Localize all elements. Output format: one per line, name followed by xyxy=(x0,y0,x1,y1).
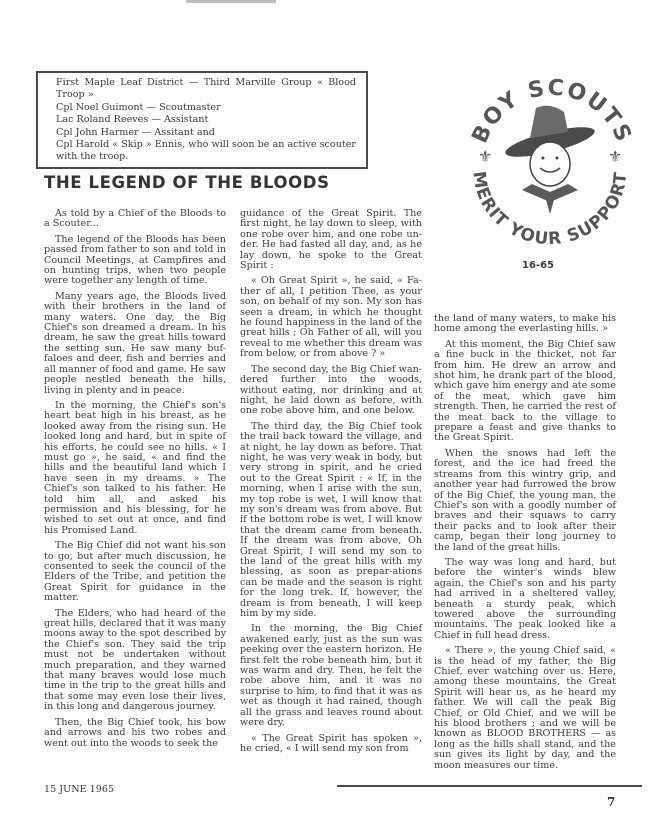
article-title: THE LEGEND OF THE BLOODS xyxy=(44,173,330,192)
paragraph: At this moment, the Big Chief saw a fine… xyxy=(434,340,616,444)
paragraph: The third day, the Big Chief took the tr… xyxy=(240,422,422,620)
roster-line: First Maple Leaf District — Third Marvil… xyxy=(56,77,356,102)
paragraph: The legend of the Bloods has been passed… xyxy=(44,235,226,287)
roster-line: Cpl Noel Guimont — Scoutmaster xyxy=(56,102,356,114)
paragraph: the land of many waters, to make his hom… xyxy=(434,314,616,335)
article-column-1: As told by a Chief of the Bloods to a Sc… xyxy=(44,209,226,754)
paragraph: « There », the young Chief said, « is th… xyxy=(434,646,616,771)
troop-roster-box: First Maple Leaf District — Third Marvil… xyxy=(36,71,368,169)
paragraph: Many years ago, the Bloods lived with th… xyxy=(44,292,226,396)
footer-divider xyxy=(337,785,642,787)
top-edge-mark xyxy=(186,0,276,3)
issue-date: 15 JUNE 1965 xyxy=(44,784,114,795)
roster-line: Lac Roland Reeves — Assistant xyxy=(56,114,356,126)
boy-scout-emblem-icon: BOY SCOUTS MERIT YOUR SUPPORT ⚜ ⚜ xyxy=(460,72,640,247)
article-column-3: the land of many waters, to make his hom… xyxy=(434,314,616,776)
paragraph: In the morning, the Chief's son's heart … xyxy=(44,401,226,536)
paragraph: In the morning, the Big Chief awakened e… xyxy=(240,624,422,728)
paragraph: The way was long and hard, but before th… xyxy=(434,558,616,641)
paragraph: The Big Chief did not want his son to go… xyxy=(44,541,226,603)
paragraph: As told by a Chief of the Bloods to a Sc… xyxy=(44,209,226,230)
article-column-2: guidance of the Great Spirit. The first … xyxy=(240,209,422,759)
svg-text:⚜: ⚜ xyxy=(608,147,622,166)
paragraph: The second day, the Big Chief wan-dered … xyxy=(240,365,422,417)
svg-text:⚜: ⚜ xyxy=(478,147,492,166)
logo-code: 16-65 xyxy=(522,260,554,271)
paragraph: Then, the Big Chief took, his bow and ar… xyxy=(44,718,226,749)
roster-line: Cpl Harold « Skip » Ennis, who will soon… xyxy=(56,139,356,164)
paragraph: guidance of the Great Spirit. The first … xyxy=(240,209,422,271)
paragraph: « The Great Spirit has spoken », he crie… xyxy=(240,734,422,755)
paragraph: When the snows had left the forest, and … xyxy=(434,449,616,553)
page-number: 7 xyxy=(607,795,615,809)
paragraph: The Elders, who had heard of the great h… xyxy=(44,609,226,713)
roster-line: Cpl John Harmer — Assitant and xyxy=(56,127,356,139)
paragraph: « Oh Great Spirit », he said, « Fa-ther … xyxy=(240,276,422,359)
